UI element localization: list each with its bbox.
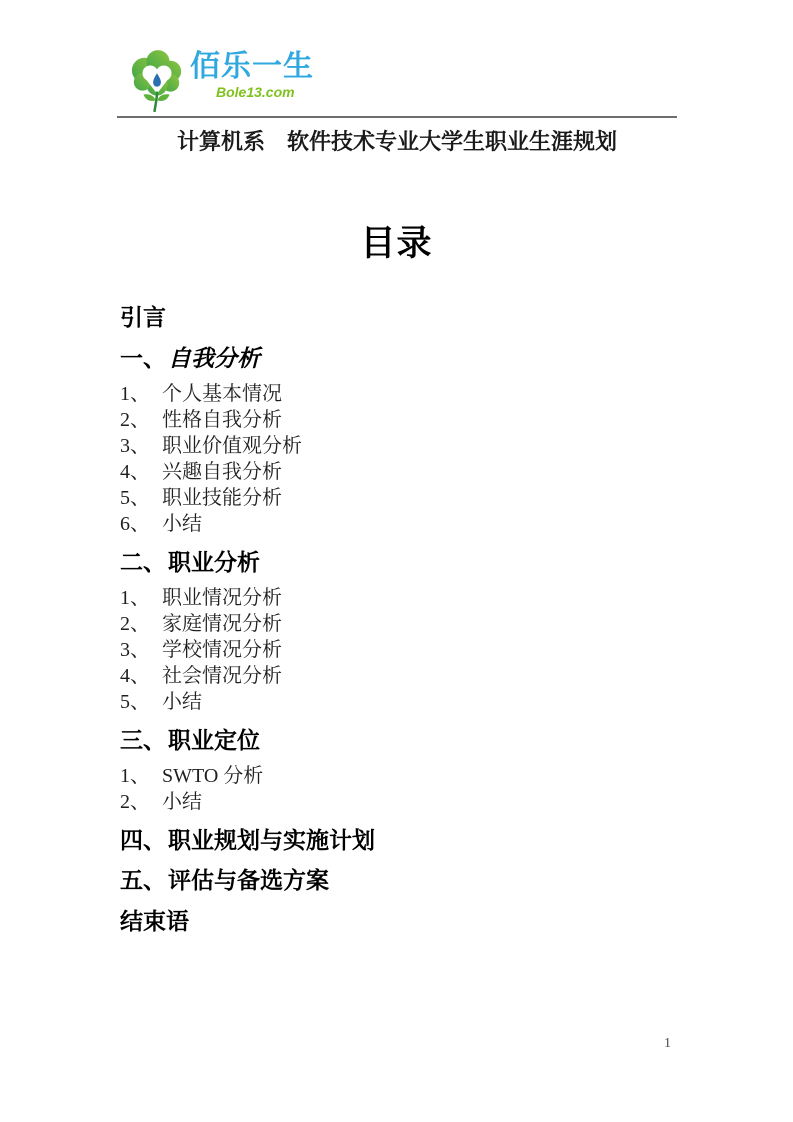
toc-entry-outro: 结束语 (120, 907, 680, 935)
toc-section-2-heading: 二、 职业分析 (120, 547, 680, 577)
item-label: 学校情况分析 (162, 637, 282, 663)
toc-item: 6、 小结 (120, 511, 680, 537)
toc-item: 2、 家庭情况分析 (120, 611, 680, 637)
section-number: 五、 (120, 865, 168, 895)
item-label: 个人基本情况 (162, 381, 282, 407)
item-number: 5、 (120, 485, 162, 511)
toc-item: 4、 社会情况分析 (120, 663, 680, 689)
item-label: 小结 (162, 789, 202, 815)
section-number: 一、 (120, 343, 168, 373)
item-label: 家庭情况分析 (162, 611, 282, 637)
section-title: 职业规划与实施计划 (168, 825, 375, 855)
section-title: 职业定位 (168, 725, 260, 755)
toc-item: 2、 性格自我分析 (120, 407, 680, 433)
item-number: 4、 (120, 663, 162, 689)
item-label: 职业情况分析 (162, 585, 282, 611)
item-number: 2、 (120, 407, 162, 433)
item-label: 小结 (162, 511, 202, 537)
toc-item: 4、 兴趣自我分析 (120, 459, 680, 485)
item-number: 1、 (120, 763, 162, 789)
toc-section-3-heading: 三、 职业定位 (120, 725, 680, 755)
item-number: 6、 (120, 511, 162, 537)
item-number: 2、 (120, 611, 162, 637)
toc-item: 5、 小结 (120, 689, 680, 715)
logo-text: 佰乐一生 Bole13.com (190, 50, 314, 100)
item-number: 1、 (120, 381, 162, 407)
section-title: 评估与备选方案 (168, 865, 329, 895)
tree-logo-icon (128, 50, 186, 112)
item-number: 2、 (120, 789, 162, 815)
logo-site-text: Bole13.com (216, 84, 314, 100)
toc-section-4-heading: 四、 职业规划与实施计划 (120, 825, 680, 855)
toc-item: 3、 职业价值观分析 (120, 433, 680, 459)
document-header-title: 计算机系 软件技术专业大学生职业生涯规划 (117, 125, 677, 156)
toc-section-5-heading: 五、 评估与备选方案 (120, 865, 680, 895)
item-label: 职业价值观分析 (162, 433, 302, 459)
item-label: 性格自我分析 (162, 407, 282, 433)
item-label: 职业技能分析 (162, 485, 282, 511)
section-number: 二、 (120, 547, 168, 577)
section-title: 职业分析 (168, 547, 260, 577)
header-divider (117, 116, 677, 118)
item-number: 3、 (120, 637, 162, 663)
toc-item: 1、 个人基本情况 (120, 381, 680, 407)
item-label: 社会情况分析 (162, 663, 282, 689)
toc-item: 1、 职业情况分析 (120, 585, 680, 611)
section-number: 三、 (120, 725, 168, 755)
table-of-contents: 引言 一、 自我分析 1、 个人基本情况 2、 性格自我分析 3、 职业价值观分… (120, 303, 680, 935)
toc-section-1-heading: 一、 自我分析 (120, 343, 680, 373)
item-number: 1、 (120, 585, 162, 611)
item-label: SWTO 分析 (162, 763, 263, 789)
item-number: 3、 (120, 433, 162, 459)
toc-title: 目录 (0, 216, 793, 266)
item-label: 小结 (162, 689, 202, 715)
item-number: 4、 (120, 459, 162, 485)
toc-item: 2、 小结 (120, 789, 680, 815)
logo-brand-text: 佰乐一生 (190, 50, 314, 84)
section-number: 四、 (120, 825, 168, 855)
logo: 佰乐一生 Bole13.com (128, 50, 314, 112)
item-label: 兴趣自我分析 (162, 459, 282, 485)
toc-item: 3、 学校情况分析 (120, 637, 680, 663)
toc-item: 5、 职业技能分析 (120, 485, 680, 511)
document-page: 佰乐一生 Bole13.com 计算机系 软件技术专业大学生职业生涯规划 目录 … (0, 0, 793, 1122)
page-number: 1 (664, 1036, 671, 1052)
toc-item: 1、 SWTO 分析 (120, 763, 680, 789)
item-number: 5、 (120, 689, 162, 715)
toc-entry-intro: 引言 (120, 303, 680, 331)
section-title: 自我分析 (168, 343, 260, 373)
